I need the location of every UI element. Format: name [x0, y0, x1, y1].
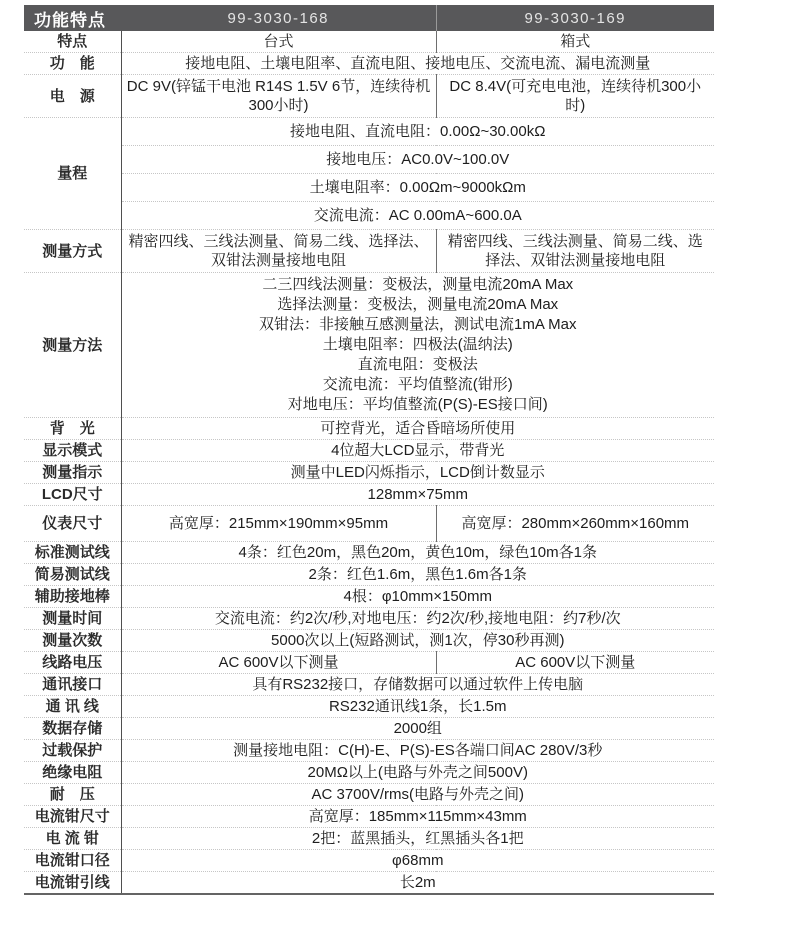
spec-label: 电流钳尺寸 — [24, 806, 121, 828]
spec-value: 接地电阻、土壤电阻率、直流电阻、接地电压、交流电流、漏电流测量 — [121, 53, 714, 75]
spec-label: 通讯接口 — [24, 674, 121, 696]
spec-value: 2把：蓝黑插头，红黑插头各1把 — [121, 828, 714, 850]
method-line: 土壤电阻率：四极法(温纳法) — [126, 335, 711, 355]
spec-row-measure-method: 测量方法 二三四线法测量：变极法，测量电流20mA Max 选择法测量：变极法，… — [24, 273, 714, 418]
spec-value-left: 台式 — [121, 31, 436, 53]
spec-value-right: AC 600V以下测量 — [436, 652, 714, 674]
spec-row-clamp-lead: 电流钳引线 长2m — [24, 872, 714, 895]
spec-label: 辅助接地棒 — [24, 586, 121, 608]
method-line: 交流电流：平均值整流(钳形) — [126, 375, 711, 395]
spec-label: 标准测试线 — [24, 542, 121, 564]
spec-value: 长2m — [121, 872, 714, 895]
spec-value: 4位超大LCD显示，带背光 — [121, 440, 714, 462]
method-line: 选择法测量：变极法，测量电流20mA Max — [126, 295, 711, 315]
spec-label: LCD尺寸 — [24, 484, 121, 506]
range-line: 接地电压：AC0.0V~100.0V — [121, 146, 714, 174]
spec-label: 电流钳口径 — [24, 850, 121, 872]
method-line: 双钳法：非接触互感测量法，测试电流1mA Max — [126, 315, 711, 335]
spec-table: 功能特点 99-3030-168 99-3030-169 特点 台式 箱式 功 … — [24, 5, 714, 895]
spec-row-power: 电 源 DC 9V(锌锰干电池 R14S 1.5V 6节，连续待机300小时) … — [24, 75, 714, 118]
range-line: 接地电阻、直流电阻：0.00Ω~30.00kΩ — [121, 118, 714, 146]
spec-row-range: 土壤电阻率：0.00Ωm~9000kΩm — [24, 174, 714, 202]
spec-value: 测量接地电阻：C(H)-E、P(S)-ES各端口间AC 280V/3秒 — [121, 740, 714, 762]
spec-row-line-voltage: 线路电压 AC 600V以下测量 AC 600V以下测量 — [24, 652, 714, 674]
spec-value: 2条：红色1.6m，黑色1.6m各1条 — [121, 564, 714, 586]
spec-value-left: 精密四线、三线法测量、简易二线、选择法、双钳法测量接地电阻 — [121, 230, 436, 273]
spec-row-withstand-voltage: 耐 压 AC 3700V/rms(电路与外壳之间) — [24, 784, 714, 806]
spec-value-left: 高宽厚：215mm×190mm×95mm — [121, 506, 436, 542]
spec-row-clamp-size: 电流钳尺寸 高宽厚：185mm×115mm×43mm — [24, 806, 714, 828]
header-row: 功能特点 99-3030-168 99-3030-169 — [24, 5, 714, 31]
spec-value: 可控背光，适合昏暗场所使用 — [121, 418, 714, 440]
spec-value-right: 箱式 — [436, 31, 714, 53]
spec-label: 测量次数 — [24, 630, 121, 652]
spec-label: 显示模式 — [24, 440, 121, 462]
spec-row-data-storage: 数据存储 2000组 — [24, 718, 714, 740]
spec-value-right: 高宽厚：280mm×260mm×160mm — [436, 506, 714, 542]
spec-row-clamp-jaw-diameter: 电流钳口径 φ68mm — [24, 850, 714, 872]
model-number-right: 99-3030-169 — [436, 5, 714, 31]
spec-label: 过载保护 — [24, 740, 121, 762]
range-line: 交流电流：AC 0.00mA~600.0A — [121, 202, 714, 230]
spec-label: 测量方法 — [24, 273, 121, 418]
spec-row-standard-leads: 标准测试线 4条：红色20m，黑色20m，黄色10m，绿色10m各1条 — [24, 542, 714, 564]
spec-value: 4条：红色20m，黑色20m，黄色10m，绿色10m各1条 — [121, 542, 714, 564]
spec-label: 仪表尺寸 — [24, 506, 121, 542]
spec-row-current-clamp: 电 流 钳 2把：蓝黑插头，红黑插头各1把 — [24, 828, 714, 850]
spec-value: 4根：φ10mm×150mm — [121, 586, 714, 608]
table-title: 功能特点 — [24, 5, 121, 31]
table-header: 功能特点 99-3030-168 99-3030-169 — [24, 5, 714, 31]
spec-value: AC 3700V/rms(电路与外壳之间) — [121, 784, 714, 806]
spec-row-aux-ground-rod: 辅助接地棒 4根：φ10mm×150mm — [24, 586, 714, 608]
spec-label: 量程 — [24, 118, 121, 230]
spec-label: 电 源 — [24, 75, 121, 118]
spec-label: 特点 — [24, 31, 121, 53]
spec-label: 数据存储 — [24, 718, 121, 740]
spec-label: 线路电压 — [24, 652, 121, 674]
spec-row-display-mode: 显示模式 4位超大LCD显示，带背光 — [24, 440, 714, 462]
spec-value: 具有RS232接口，存储数据可以通过软件上传电脑 — [121, 674, 714, 696]
spec-label: 测量指示 — [24, 462, 121, 484]
spec-row-meter-size: 仪表尺寸 高宽厚：215mm×190mm×95mm 高宽厚：280mm×260m… — [24, 506, 714, 542]
spec-label: 功 能 — [24, 53, 121, 75]
spec-label: 简易测试线 — [24, 564, 121, 586]
method-lines: 二三四线法测量：变极法，测量电流20mA Max 选择法测量：变极法，测量电流2… — [121, 273, 714, 418]
spec-label: 通 讯 线 — [24, 696, 121, 718]
spec-value: 5000次以上(短路测试，测1次，停30秒再测) — [121, 630, 714, 652]
spec-row-simple-leads: 简易测试线 2条：红色1.6m，黑色1.6m各1条 — [24, 564, 714, 586]
spec-value: 交流电流：约2次/秒,对地电压：约2次/秒,接地电阻：约7秒/次 — [121, 608, 714, 630]
spec-row-overload-protection: 过载保护 测量接地电阻：C(H)-E、P(S)-ES各端口间AC 280V/3秒 — [24, 740, 714, 762]
spec-value-left: DC 9V(锌锰干电池 R14S 1.5V 6节，连续待机300小时) — [121, 75, 436, 118]
spec-value: 高宽厚：185mm×115mm×43mm — [121, 806, 714, 828]
spec-row-features: 特点 台式 箱式 — [24, 31, 714, 53]
method-line: 直流电阻：变极法 — [126, 355, 711, 375]
spec-row-backlight: 背 光 可控背光，适合昏暗场所使用 — [24, 418, 714, 440]
spec-value-right: 精密四线、三线法测量、简易二线、选择法、双钳法测量接地电阻 — [436, 230, 714, 273]
spec-label: 测量时间 — [24, 608, 121, 630]
spec-value: RS232通讯线1条，长1.5m — [121, 696, 714, 718]
method-line: 对地电压：平均值整流(P(S)-ES接口间) — [126, 395, 711, 415]
spec-value: 128mm×75mm — [121, 484, 714, 506]
spec-row-comm-port: 通讯接口 具有RS232接口，存储数据可以通过软件上传电脑 — [24, 674, 714, 696]
model-number-left: 99-3030-168 — [121, 5, 436, 31]
spec-value: 测量中LED闪烁指示，LCD倒计数显示 — [121, 462, 714, 484]
spec-value: 20MΩ以上(电路与外壳之间500V) — [121, 762, 714, 784]
spec-label: 绝缘电阻 — [24, 762, 121, 784]
method-line: 二三四线法测量：变极法，测量电流20mA Max — [126, 275, 711, 295]
spec-sheet: 功能特点 99-3030-168 99-3030-169 特点 台式 箱式 功 … — [24, 5, 714, 895]
spec-label: 电流钳引线 — [24, 872, 121, 895]
spec-row-range: 交流电流：AC 0.00mA~600.0A — [24, 202, 714, 230]
spec-label: 背 光 — [24, 418, 121, 440]
spec-value-right: DC 8.4V(可充电电池，连续待机300小时) — [436, 75, 714, 118]
spec-row-range: 量程 接地电阻、直流电阻：0.00Ω~30.00kΩ — [24, 118, 714, 146]
spec-value-left: AC 600V以下测量 — [121, 652, 436, 674]
spec-row-insulation-resistance: 绝缘电阻 20MΩ以上(电路与外壳之间500V) — [24, 762, 714, 784]
spec-label: 测量方式 — [24, 230, 121, 273]
range-line: 土壤电阻率：0.00Ωm~9000kΩm — [121, 174, 714, 202]
spec-value: φ68mm — [121, 850, 714, 872]
spec-row-functions: 功 能 接地电阻、土壤电阻率、直流电阻、接地电压、交流电流、漏电流测量 — [24, 53, 714, 75]
spec-row-measure-time: 测量时间 交流电流：约2次/秒,对地电压：约2次/秒,接地电阻：约7秒/次 — [24, 608, 714, 630]
spec-label: 电 流 钳 — [24, 828, 121, 850]
spec-row-lcd-size: LCD尺寸 128mm×75mm — [24, 484, 714, 506]
spec-row-comm-cable: 通 讯 线 RS232通讯线1条，长1.5m — [24, 696, 714, 718]
spec-row-measure-mode: 测量方式 精密四线、三线法测量、简易二线、选择法、双钳法测量接地电阻 精密四线、… — [24, 230, 714, 273]
spec-row-measure-count: 测量次数 5000次以上(短路测试，测1次，停30秒再测) — [24, 630, 714, 652]
spec-label: 耐 压 — [24, 784, 121, 806]
spec-row-range: 接地电压：AC0.0V~100.0V — [24, 146, 714, 174]
spec-value: 2000组 — [121, 718, 714, 740]
spec-row-measure-indicator: 测量指示 测量中LED闪烁指示，LCD倒计数显示 — [24, 462, 714, 484]
